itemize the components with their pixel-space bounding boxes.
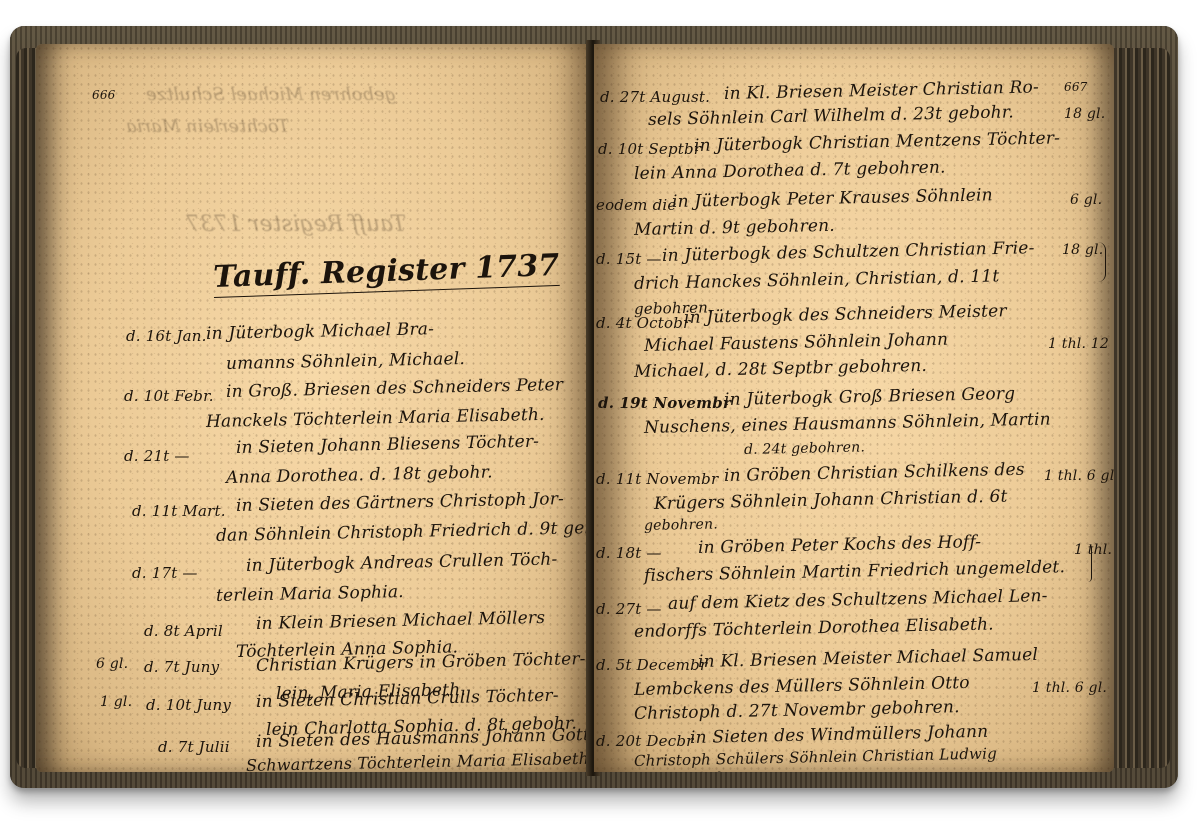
fee-note: 1 gl. [100,694,132,710]
entry-line: lein Anna Dorothea d. 7t gebohren. [634,157,946,184]
entry-date: d. 16t Jan. [126,327,207,345]
entry-line: Michael, d. 28t Septbr gebohren. [634,356,927,382]
entry-line: in Sieten des Windmüllers Johann [690,722,989,748]
entry-date: d. 8t April [144,622,223,640]
bleed-through-title: Tauff Register 1737 [186,212,406,237]
entry-line: Christoph d. 27t Novembr gebohren. [634,697,960,724]
entry-line: in Gröben Peter Kochs des Hoff- [698,532,982,558]
entry-date: d. 20t Decbr [596,732,694,750]
entry-line: in Jüterbogk Groß Briesen Georg [724,384,1016,410]
entry-line: in Jüterbogk Michael Bra- [206,319,434,344]
entry-date: d. 17t — [132,564,198,582]
entry-date: d. 19t Novembr [598,394,731,412]
entry-date: d. 10t Septbr [598,140,701,158]
entry-line: sels Söhnlein Carl Wilhelm d. 23t gebohr… [648,102,1014,130]
entry-line: in Jüterbogk Christian Mentzens Töchter- [694,128,1060,156]
bleed-through-text: Töchterlein Maria [126,116,289,137]
entry-date: d. 10t Juny [146,696,231,714]
margin-bracket [1098,242,1106,282]
entry-line: Anna Dorothea. d. 18t gebohr. [226,462,493,488]
entry-line: auf dem Kietz des Schultzens Michael Len… [668,586,1048,614]
entry-date: d. 11t Novembr [596,470,718,488]
entry-line: d. 24t gebohren. [744,439,865,458]
entry-line: in Sieten Johann Bliesens Töchter- [236,432,540,458]
entry-line: Hanckels Töchterlein Maria Elisabeth. [206,405,545,432]
entry-date: eodem die [596,196,676,214]
entry-line: in Gröben Christian Schilkens des [724,460,1025,486]
entry-date: d. 7t Julii [158,738,230,756]
entry-line: Lembckens des Müllers Söhnlein Otto [634,673,970,700]
entry-line: in Sieten des Gärtners Christoph Jor- [236,489,564,516]
bleed-through-text: gebohren Michael Schultze [146,84,396,105]
entry-date: d. 5t Decembr [596,656,707,674]
entry-line: in Jüterbogk des Schultzen Christian Fri… [662,238,1035,266]
fee-note: 1 thl. [1074,542,1112,558]
margin-bracket [1088,544,1092,582]
entry-line: Krügers Söhnlein Johann Christian d. 6t [654,487,1008,514]
entry-line: terlein Maria Sophia. [216,582,404,606]
right-page-number: 667 [1064,80,1088,94]
register-title: Tauff. Register 1737 [213,248,560,298]
entry-line: in Jüterbogk Peter Krauses Söhnlein [672,185,993,212]
entry-line: in Klein Briesen Michael Möllers [256,608,546,634]
left-page: 666 gebohren Michael Schultze Töchterlei… [36,44,592,772]
entry-date: d. 18t — [596,544,662,562]
page-edges-right [1106,48,1170,768]
entry-line: in Groß. Briesen des Schneiders Peter [226,375,563,402]
fee-note: 1 thl. 6 gl. [1044,468,1114,484]
entry-date: d. 27t — [596,600,662,618]
fee-note: 18 gl. [1064,106,1105,122]
entry-date: d. 15t — [596,250,662,268]
entry-line: drich Hanckes Söhnlein, Christian, d. 11… [634,266,1000,294]
entry-date: d. 4t Octobr [596,314,690,332]
entry-date: d. 10t Febr. [124,387,214,405]
entry-line: in Jüterbogk des Schneiders Meister [684,301,1007,328]
fee-note: 6 gl. [96,656,128,672]
entry-date: d. 21t — [124,447,190,465]
entry-line: in Kl. Briesen Meister Christian Ro- [724,77,1039,104]
entry-line: Schwartzens Töchterlein Maria Elisabeth. [246,749,592,772]
fee-note: 1 thl. 12 gl. [1048,336,1114,352]
right-page: 667 d. 27t August. in Kl. Briesen Meiste… [594,44,1114,772]
fee-note: 6 gl. [1070,192,1102,208]
entry-line: umanns Söhnlein, Michael. [226,349,465,374]
fee-note: 1 thl. 6 gl. [1032,680,1107,696]
entry-line: in Jüterbogk Andreas Crullen Töch- [246,549,558,576]
entry-line: Michael Faustens Söhnlein Johann [644,330,949,356]
entry-date: d. 27t August. [600,88,710,106]
entry-line: d. 15t gebohren. [634,769,755,772]
entry-line: fischers Söhnlein Martin Friedrich ungem… [644,557,1065,586]
entry-line: gebohren. [644,516,718,534]
entry-date: d. 11t Mart. [132,502,226,520]
entry-line: in Kl. Briesen Meister Michael Samuel [698,645,1038,672]
entry-line: Nuschens, eines Hausmanns Söhnlein, Mart… [644,409,1051,438]
entry-line: endorffs Töchterlein Dorothea Elisabeth. [634,614,994,642]
entry-line: Martin d. 9t gebohren. [634,216,835,240]
entry-line: dan Söhnlein Christoph Friedrich d. 9t g… [216,517,592,546]
left-page-number: 666 [92,88,116,102]
open-book: 666 gebohren Michael Schultze Töchterlei… [10,26,1178,788]
entry-date: d. 7t Juny [144,658,219,676]
